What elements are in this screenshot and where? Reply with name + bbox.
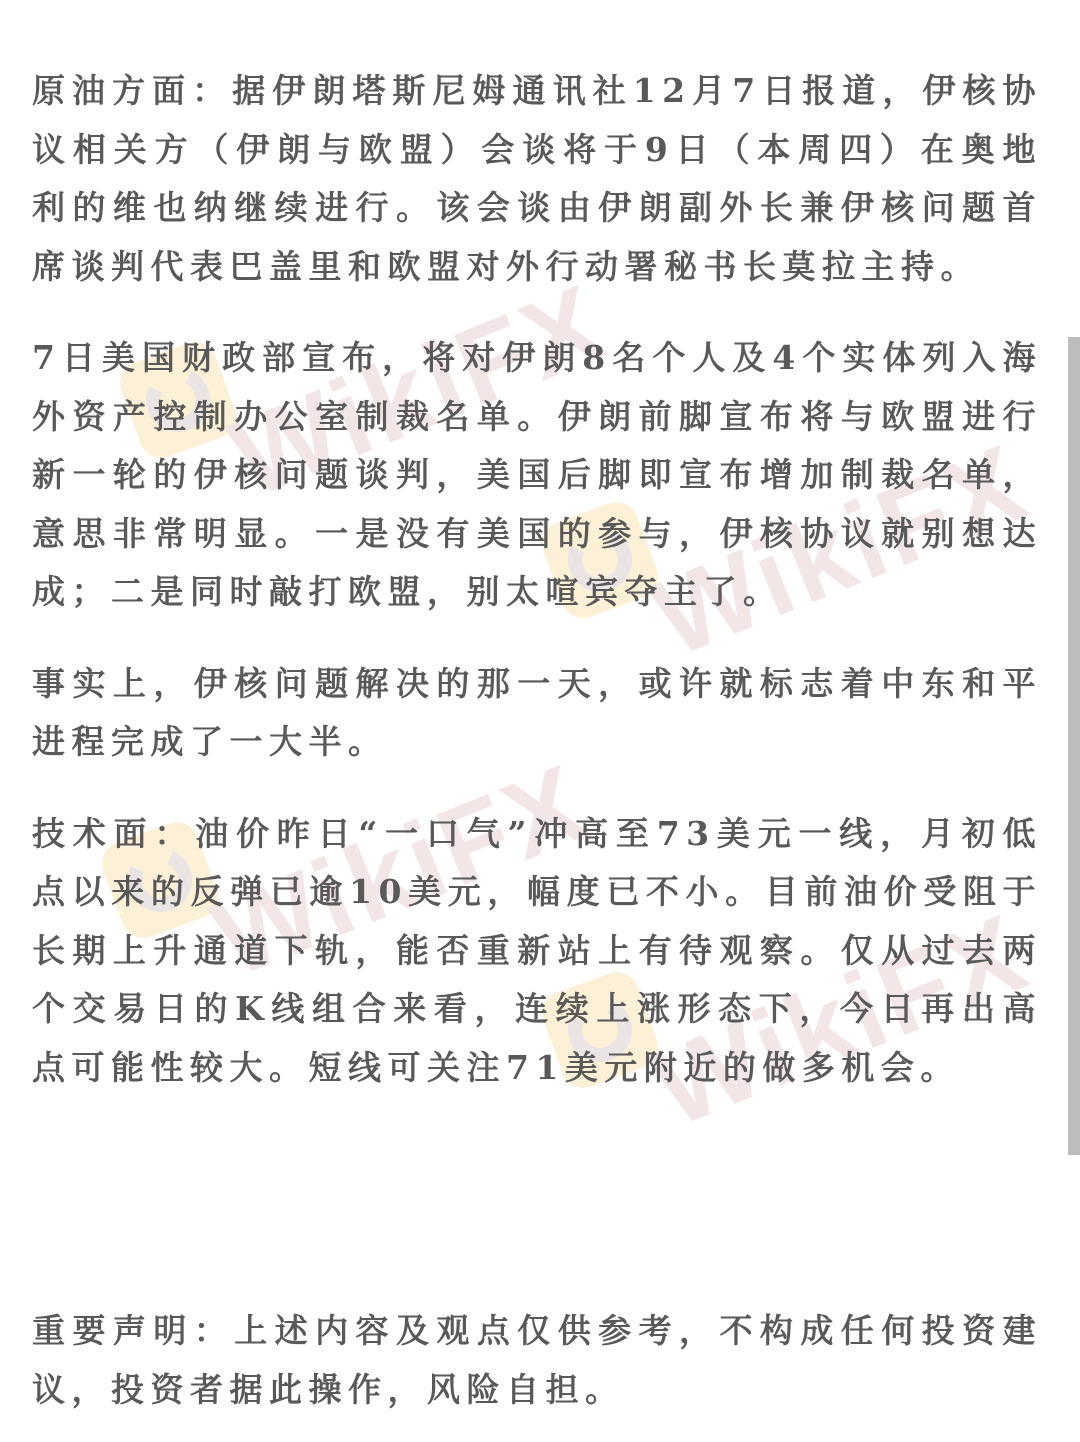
paragraph-us-sanctions: 7日美国财政部宣布，将对伊朗8名个人及4个实体列入海外资产控制办公室制裁名单。伊… [32,329,1042,622]
disclaimer-section: 重要声明：上述内容及观点仅供参考，不构成任何投资建议，投资者据此操作，风险自担。 [32,1302,1042,1419]
article-body: 原油方面：据伊朗塔斯尼姆通讯社12月7日报道，伊核协议相关方（伊朗与欧盟）会谈将… [32,62,1042,1097]
paragraph-technical-analysis: 技术面：油价昨日“一口气”冲高至73美元一线，月初低点以来的反弹已逾10美元，幅… [32,805,1042,1098]
disclaimer-text: 重要声明：上述内容及观点仅供参考，不构成任何投资建议，投资者据此操作，风险自担。 [32,1302,1042,1419]
vertical-scrollbar-thumb[interactable] [1068,337,1080,1155]
paragraph-crude-oil-fundamentals: 原油方面：据伊朗塔斯尼姆通讯社12月7日报道，伊核协议相关方（伊朗与欧盟）会谈将… [32,62,1042,296]
paragraph-middle-east-peace: 事实上，伊核问题解决的那一天，或许就标志着中东和平进程完成了一大半。 [32,655,1042,772]
